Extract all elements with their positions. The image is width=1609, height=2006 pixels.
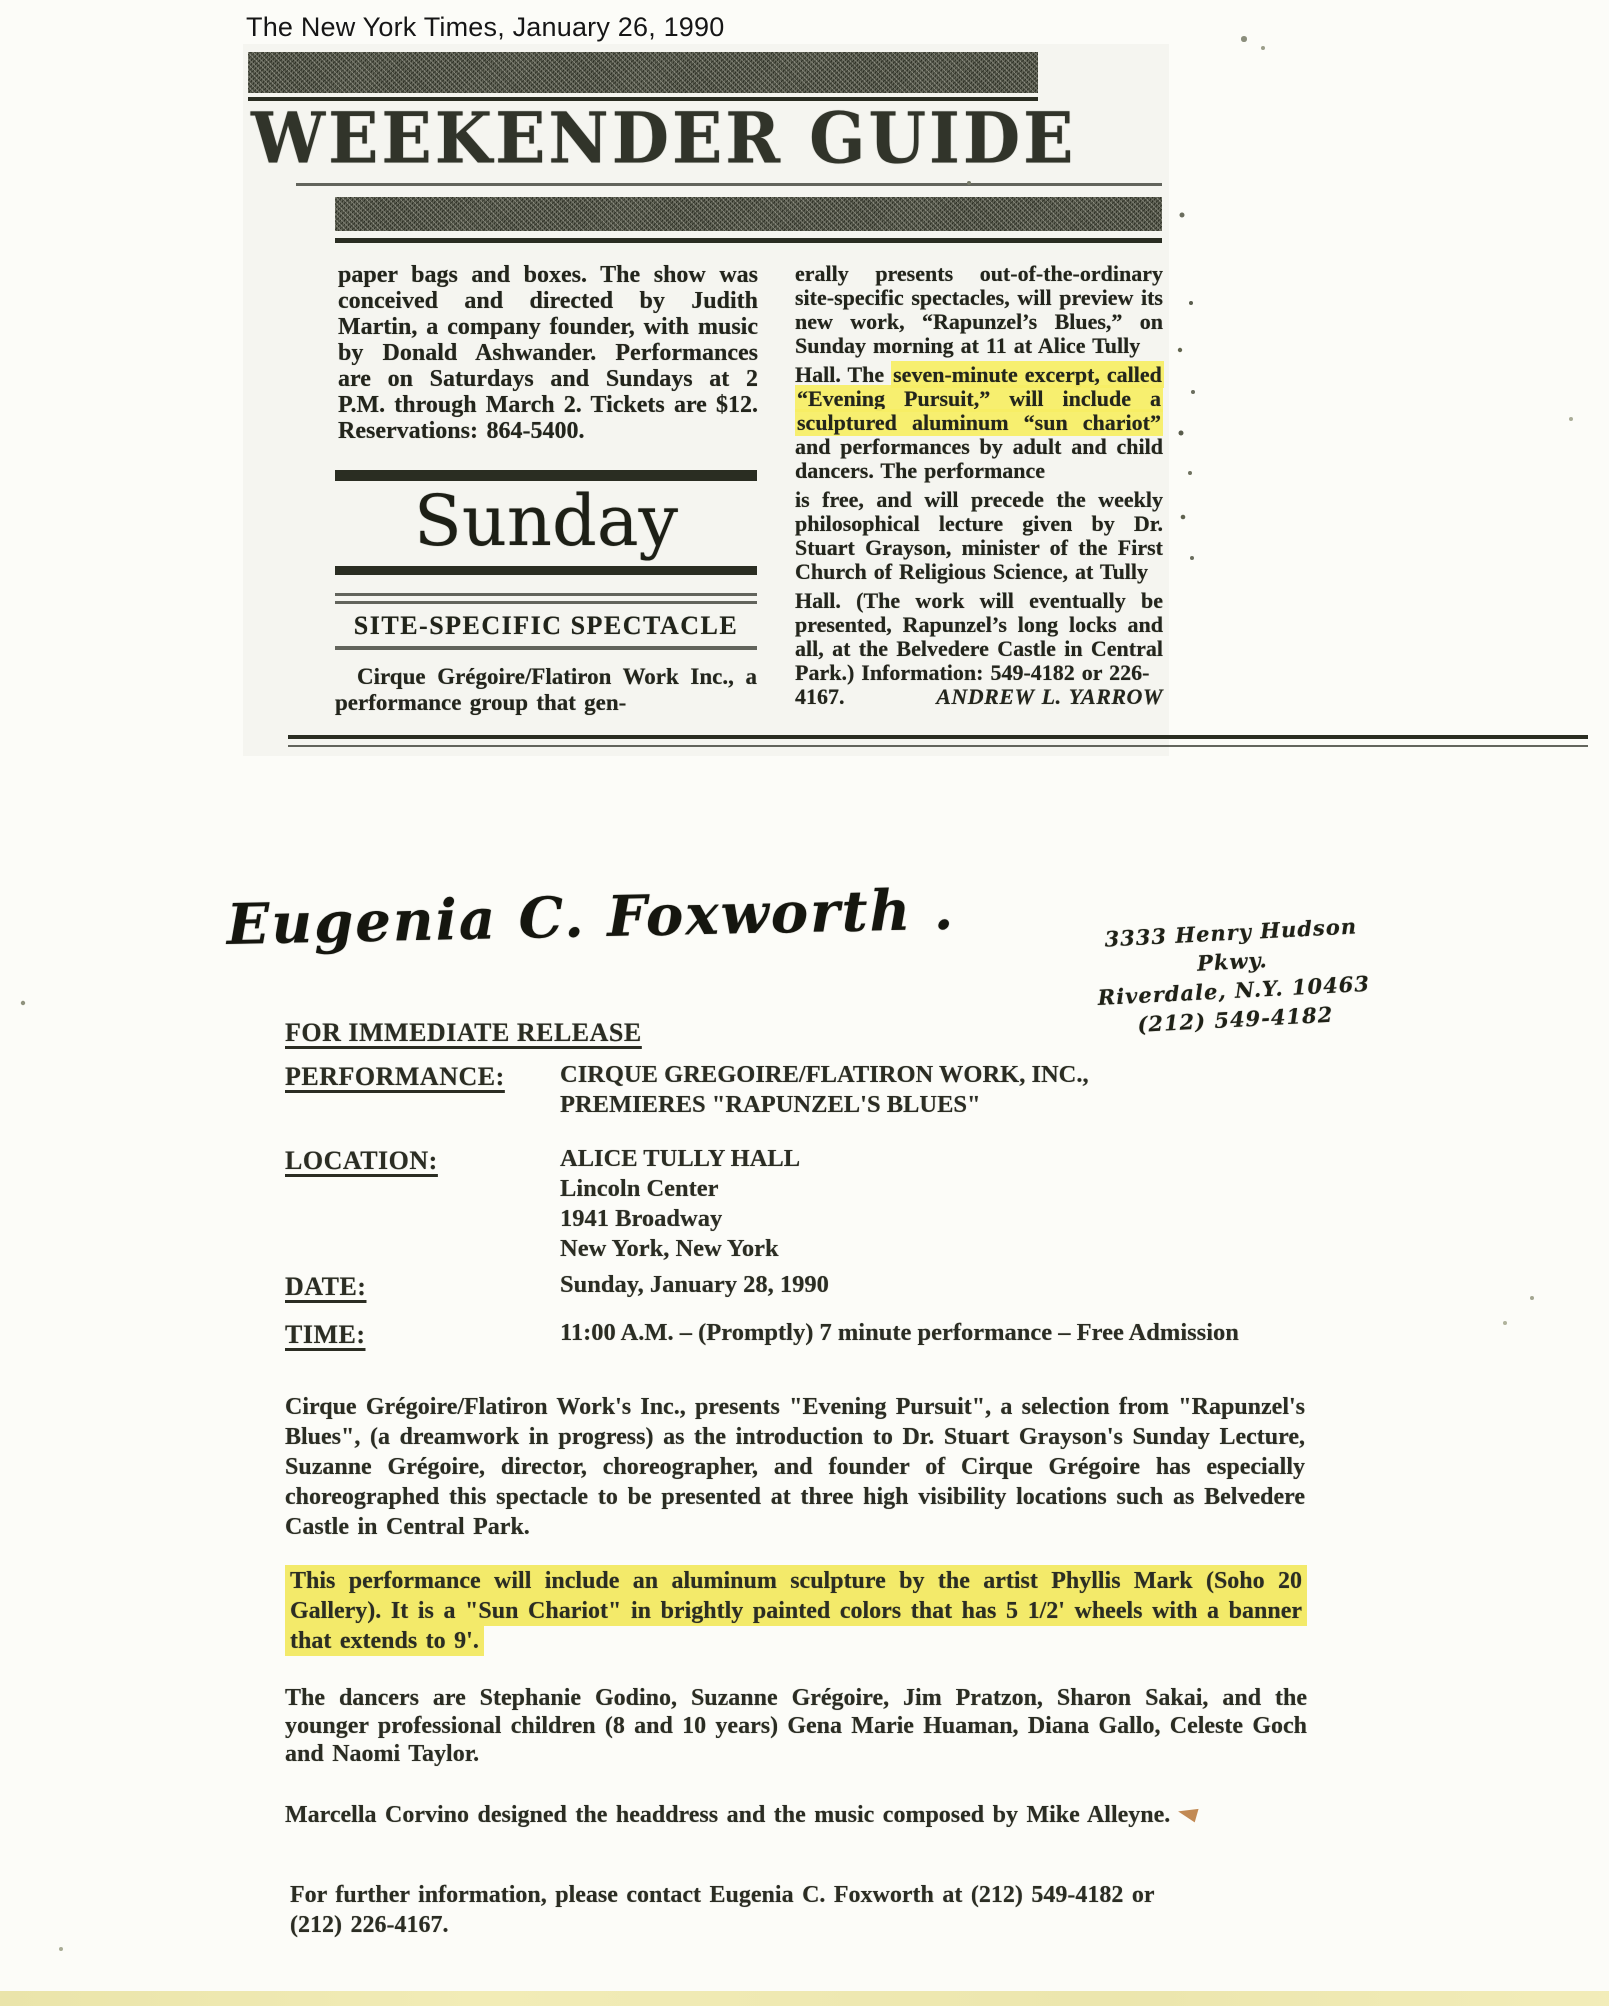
time-value: 11:00 A.M. – (Promptly) 7 minute perform… — [560, 1318, 1239, 1348]
highlighted-paragraph: This performance will include an aluminu… — [285, 1565, 1307, 1656]
release-heading: FOR IMMEDIATE RELEASE — [285, 1018, 642, 1048]
location-value-line-4: New York, New York — [560, 1234, 800, 1264]
location-value-line-1: ALICE TULLY HALL — [560, 1144, 800, 1174]
para2-tail: and performances by adult and child danc… — [795, 434, 1163, 483]
date-label: DATE: — [285, 1272, 366, 1302]
letterhead-signature: Eugenia C. Foxworth . — [226, 877, 956, 958]
clipping-byline-row: 4167. ANDREW L. YARROW — [795, 685, 1163, 709]
thin-rule-2 — [335, 601, 757, 604]
clipping-right-para-2: Hall. The seven-minute excerpt, called “… — [795, 363, 1163, 483]
release-paragraph-2: This performance will include an aluminu… — [285, 1566, 1307, 1656]
thin-rule-1 — [335, 593, 757, 596]
clipping-bottom-rule-1 — [288, 735, 1588, 739]
clipping-right-para-4: Hall. (The work will eventually be prese… — [795, 589, 1163, 685]
para2-lead: Hall. The — [795, 362, 891, 387]
location-value: ALICE TULLY HALL Lincoln Center 1941 Bro… — [560, 1144, 800, 1264]
date-value: Sunday, January 28, 1990 — [560, 1270, 829, 1300]
byline: ANDREW L. YARROW — [936, 685, 1163, 709]
clipping-left-paragraph: paper bags and boxes. The show was conce… — [338, 262, 758, 444]
location-label: LOCATION: — [285, 1146, 438, 1176]
masthead-rule-bottom — [335, 238, 1162, 243]
performance-value-line-1: CIRQUE GREGOIRE/FLATIRON WORK, INC., — [560, 1060, 1089, 1090]
release-paragraph-4: Marcella Corvino designed the headdress … — [285, 1800, 1307, 1830]
phone-tail: 4167. — [795, 685, 845, 709]
heavy-divider-rule-bottom — [335, 566, 757, 575]
release-paragraph-3: The dancers are Stephanie Godino, Suzann… — [285, 1684, 1307, 1768]
thin-rule-3 — [335, 646, 757, 650]
release-paragraph-1: Cirque Grégoire/Flatiron Work's Inc., pr… — [285, 1392, 1305, 1542]
section-heading: SITE-SPECIFIC SPECTACLE — [335, 611, 757, 641]
masthead-title: WEEKENDER GUIDE — [251, 99, 1076, 177]
performance-label: PERFORMANCE: — [285, 1062, 505, 1092]
scan-specks — [0, 0, 2, 2]
clipping-right-para-3: is free, and will precede the weekly phi… — [795, 488, 1163, 584]
letterhead-address: 3333 Henry Hudson Pkwy. Riverdale, N.Y. … — [1075, 910, 1391, 1042]
scanned-page: The New York Times, January 26, 1990 WEE… — [0, 0, 1609, 2006]
performance-value: CIRQUE GREGOIRE/FLATIRON WORK, INC., PRE… — [560, 1060, 1089, 1120]
location-value-line-3: 1941 Broadway — [560, 1204, 800, 1234]
bottom-scan-band — [0, 1991, 1609, 2006]
location-value-line-2: Lincoln Center — [560, 1174, 800, 1204]
clipping-intro-paragraph: Cirque Grégoire/Flatiron Work Inc., a pe… — [335, 664, 757, 716]
clipping-right-column: erally presents out-of-the-ordinary site… — [795, 262, 1163, 709]
clipping-bottom-rule-2 — [288, 745, 1588, 747]
day-heading: Sunday — [335, 482, 757, 560]
clipping-right-para-1: erally presents out-of-the-ordinary site… — [795, 262, 1163, 358]
time-label: TIME: — [285, 1320, 366, 1350]
masthead-halftone-band-top — [248, 52, 1038, 93]
masthead-rule-mid — [296, 183, 1162, 186]
source-caption: The New York Times, January 26, 1990 — [246, 12, 724, 43]
masthead-halftone-band-bottom — [335, 197, 1162, 231]
performance-value-line-2: PREMIERES "RAPUNZEL'S BLUES" — [560, 1090, 1089, 1120]
release-paragraph-5: For further information, please contact … — [290, 1880, 1190, 1940]
